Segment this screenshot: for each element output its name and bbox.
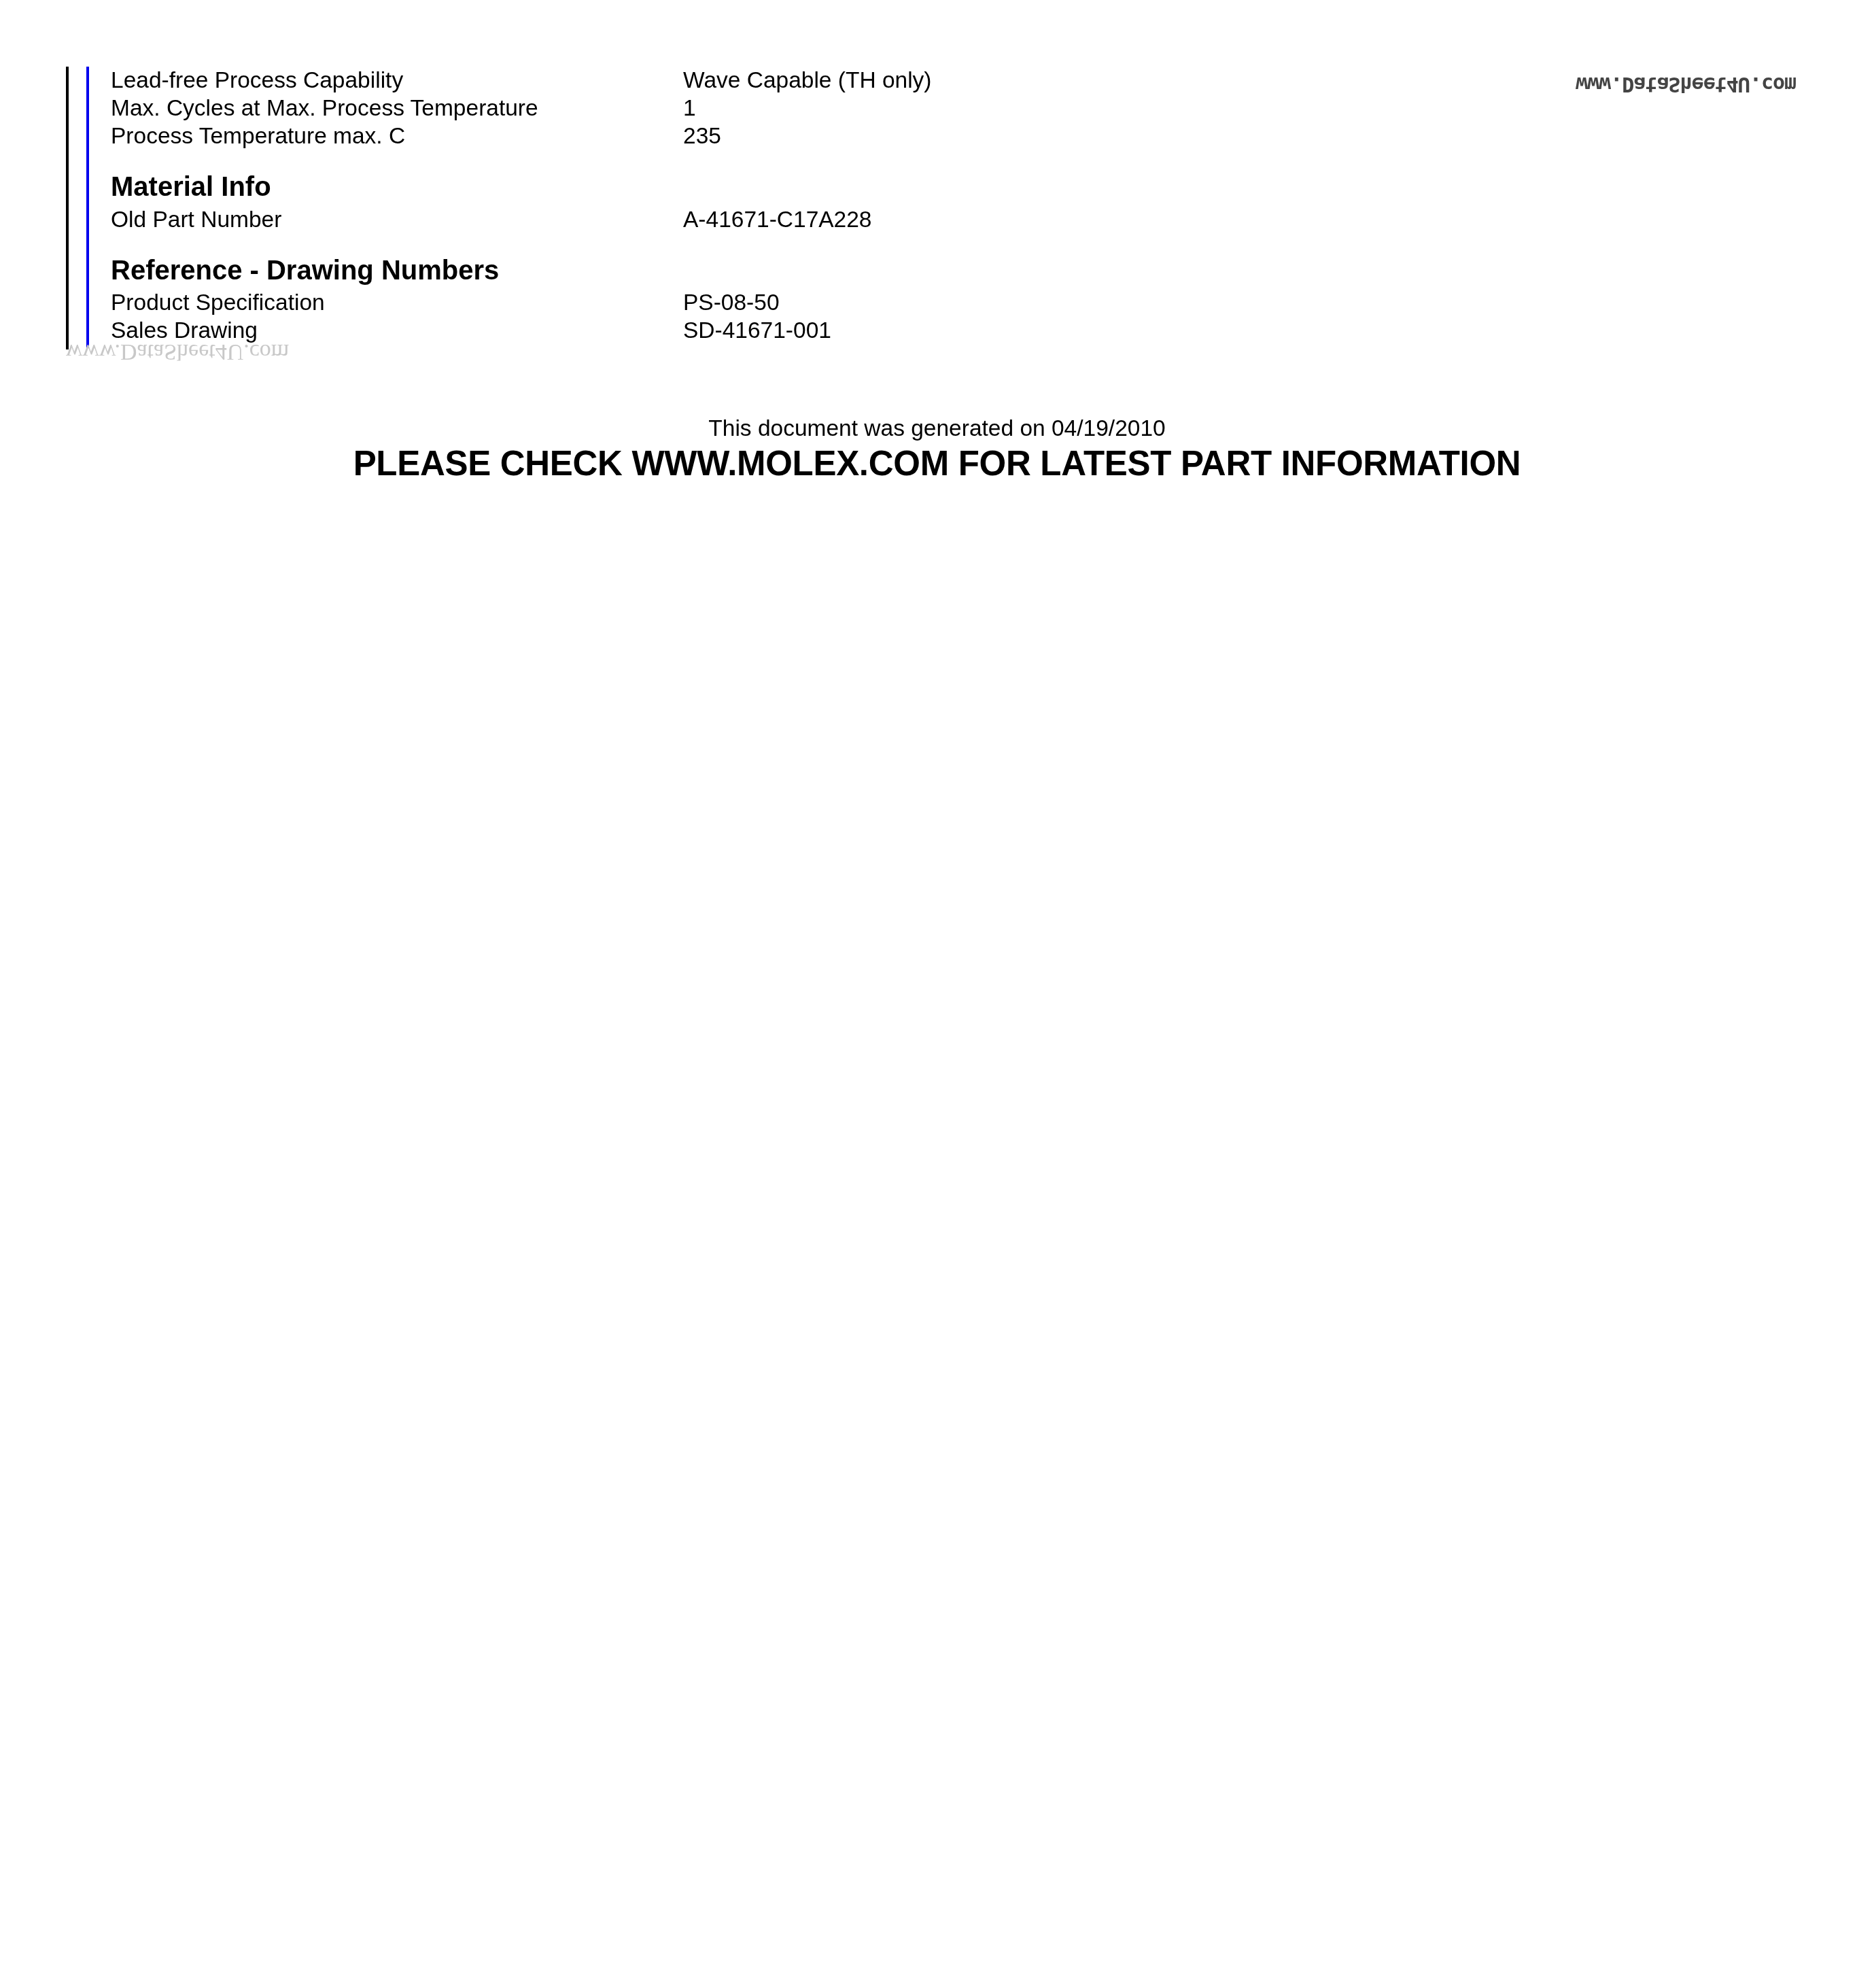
spec-value: 1	[683, 97, 696, 120]
section-heading-material-info: Material Info	[111, 173, 271, 201]
left-margin-bar-blue	[86, 67, 89, 348]
spec-label: Old Part Number	[111, 209, 281, 232]
watermark-bottom-left: www.DataSheet4U.com	[66, 339, 289, 364]
watermark-top-right: www.DataSheet4U.com	[1576, 72, 1796, 96]
left-margin-bar-black	[66, 67, 69, 349]
spec-label: Max. Cycles at Max. Process Temperature	[111, 97, 538, 120]
spec-value: PS-08-50	[683, 292, 780, 315]
section-heading-reference-drawing-numbers: Reference - Drawing Numbers	[111, 257, 499, 284]
spec-value: A-41671-C17A228	[683, 209, 872, 232]
spec-value: 235	[683, 125, 721, 148]
generated-date-note: This document was generated on 04/19/201…	[0, 417, 1874, 441]
spec-label: Process Temperature max. C	[111, 125, 405, 148]
spec-value: Wave Capable (TH only)	[683, 69, 932, 92]
spec-value: SD-41671-001	[683, 320, 831, 343]
check-website-notice: PLEASE CHECK WWW.MOLEX.COM FOR LATEST PA…	[0, 446, 1874, 481]
spec-label: Product Specification	[111, 292, 325, 315]
spec-label: Lead-free Process Capability	[111, 69, 403, 92]
